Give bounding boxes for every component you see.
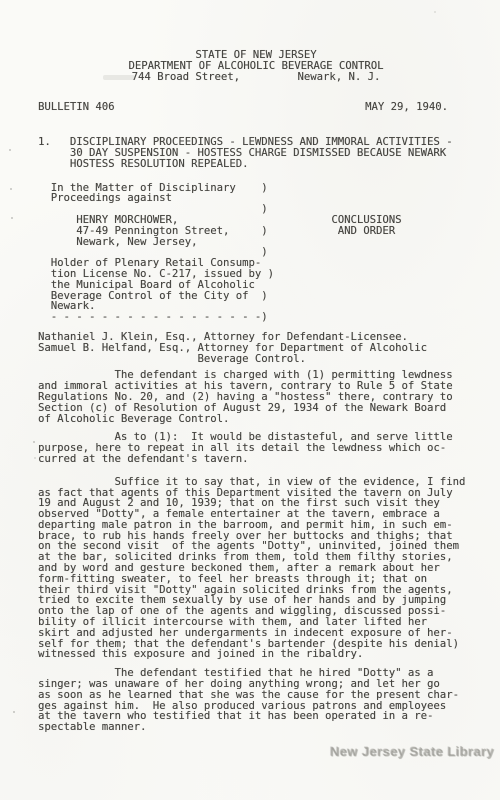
paper-speck	[34, 457, 36, 459]
paper-speck	[11, 217, 13, 219]
bulletin-row: BULLETIN 406 MAY 29, 1940.	[38, 102, 448, 113]
paper-speck	[434, 11, 436, 13]
paper-speck	[33, 441, 35, 443]
body-paragraph-charges: The defendant is charged with (1) permit…	[38, 370, 500, 424]
case-caption: In the Matter of Disciplinary ) Proceedi…	[38, 183, 500, 323]
paper-smudge	[103, 75, 135, 80]
library-stamp: New Jersey State Library	[330, 747, 494, 758]
body-paragraph-defense: The defendant testified that he hired "D…	[38, 668, 500, 733]
paper-speck	[10, 188, 12, 190]
document-date: MAY 29, 1940.	[365, 102, 448, 113]
paper-speck	[9, 149, 11, 151]
letterhead-address-line: 744 Broad Street, Newark, N. J.	[6, 72, 500, 83]
paper-speck	[13, 711, 15, 713]
body-paragraph-findings: Suffice it to say that, in view of the e…	[38, 477, 500, 661]
bulletin-number: BULLETIN 406	[38, 102, 115, 113]
body-paragraph-as-to-1: As to (1): It would be distasteful, and …	[38, 432, 500, 464]
item-heading: 1. DISCIPLINARY PROCEEDINGS - LEWDNESS A…	[38, 137, 500, 169]
attorneys-of-record: Nathaniel J. Klein, Esq., Attorney for D…	[38, 332, 500, 364]
document-page: STATE OF NEW JERSEY DEPARTMENT OF ALCOHO…	[0, 0, 500, 800]
letterhead: STATE OF NEW JERSEY DEPARTMENT OF ALCOHO…	[6, 50, 500, 82]
letterhead-department-line: DEPARTMENT OF ALCOHOLIC BEVERAGE CONTROL	[6, 61, 500, 72]
